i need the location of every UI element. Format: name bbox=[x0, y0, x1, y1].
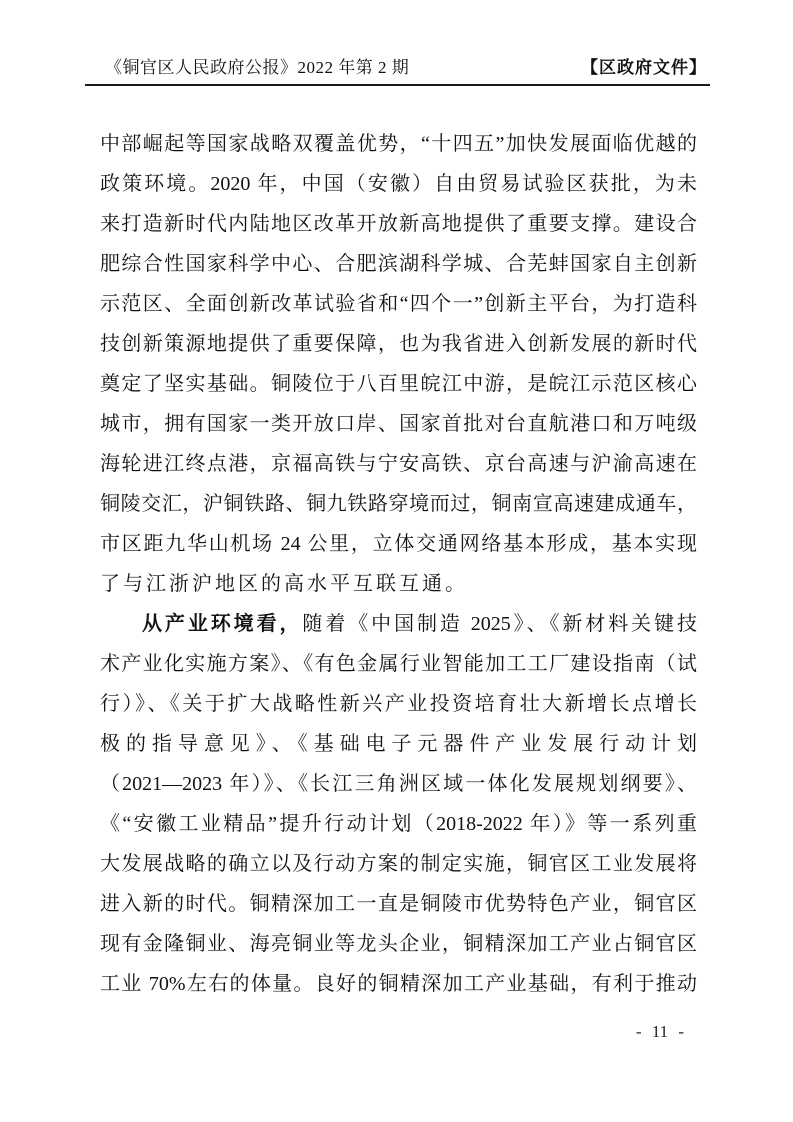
text-line: 从产业环境看，随着《中国制造 2025》、《新材料关键技 bbox=[100, 604, 697, 644]
text-line: 肥综合性国家科学中心、合肥滨湖科学城、合芜蚌国家自主创新 bbox=[100, 244, 697, 284]
document-body: 中部崛起等国家战略双覆盖优势，“十四五”加快发展面临优越的 政策环境。2020 … bbox=[100, 124, 697, 1004]
text-line: 市区距九华山机场 24 公里，立体交通网络基本形成，基本实现 bbox=[100, 524, 697, 564]
document-page: 《铜官区人民政府公报》2022 年第 2 期 【区政府文件】 中部崛起等国家战略… bbox=[0, 0, 793, 1122]
text-line: 大发展战略的确立以及行动方案的制定实施，铜官区工业发展将 bbox=[100, 844, 697, 884]
text-line: 城市，拥有国家一类开放口岸、国家首批对台直航港口和万吨级 bbox=[100, 404, 697, 444]
page-number: - 11 - bbox=[620, 1020, 700, 1044]
text-line: 了与江浙沪地区的高水平互联互通。 bbox=[100, 564, 697, 604]
text-line: 术产业化实施方案》、《有色金属行业智能加工工厂建设指南（试 bbox=[100, 644, 697, 684]
text-line: 进入新的时代。铜精深加工一直是铜陵市优势特色产业，铜官区 bbox=[100, 884, 697, 924]
section-badge: 【区政府文件】 bbox=[581, 56, 707, 80]
text-line: 工业 70%左右的体量。良好的铜精深加工产业基础，有利于推动 bbox=[100, 964, 697, 1004]
header-divider bbox=[85, 84, 710, 86]
text-line: 《“安徽工业精品”提升行动计划（2018-2022 年）》等一系列重 bbox=[100, 804, 697, 844]
gazette-title: 《铜官区人民政府公报》2022 年第 2 期 bbox=[105, 56, 409, 80]
text-line: 现有金隆铜业、海亮铜业等龙头企业，铜精深加工产业占铜官区 bbox=[100, 924, 697, 964]
text-line: 技创新策源地提供了重要保障，也为我省进入创新发展的新时代 bbox=[100, 324, 697, 364]
text-line: 中部崛起等国家战略双覆盖优势，“十四五”加快发展面临优越的 bbox=[100, 124, 697, 164]
text-line: （2021—2023 年）》、《长江三角洲区域一体化发展规划纲要》、 bbox=[100, 764, 697, 804]
page-header: 《铜官区人民政府公报》2022 年第 2 期 【区政府文件】 bbox=[105, 56, 707, 80]
text-line: 行）》、《关于扩大战略性新兴产业投资培育壮大新增长点增长 bbox=[100, 684, 697, 724]
text-line: 来打造新时代内陆地区改革开放新高地提供了重要支撑。建设合 bbox=[100, 204, 697, 244]
text-line: 海轮进江终点港，京福高铁与宁安高铁、京台高速与沪渝高速在 bbox=[100, 444, 697, 484]
paragraph-lead-rest: 随着《中国制造 2025》、《新材料关键技 bbox=[302, 613, 697, 635]
text-line: 铜陵交汇，沪铜铁路、铜九铁路穿境而过，铜南宣高速建成通车， bbox=[100, 484, 697, 524]
text-line: 示范区、全面创新改革试验省和“四个一”创新主平台，为打造科 bbox=[100, 284, 697, 324]
text-line: 极的指导意见》、《基础电子元器件产业发展行动计划 bbox=[100, 724, 697, 764]
text-line: 政策环境。2020 年，中国（安徽）自由贸易试验区获批，为未 bbox=[100, 164, 697, 204]
paragraph-lead: 从产业环境看， bbox=[142, 613, 302, 635]
text-line: 奠定了坚实基础。铜陵位于八百里皖江中游，是皖江示范区核心 bbox=[100, 364, 697, 404]
